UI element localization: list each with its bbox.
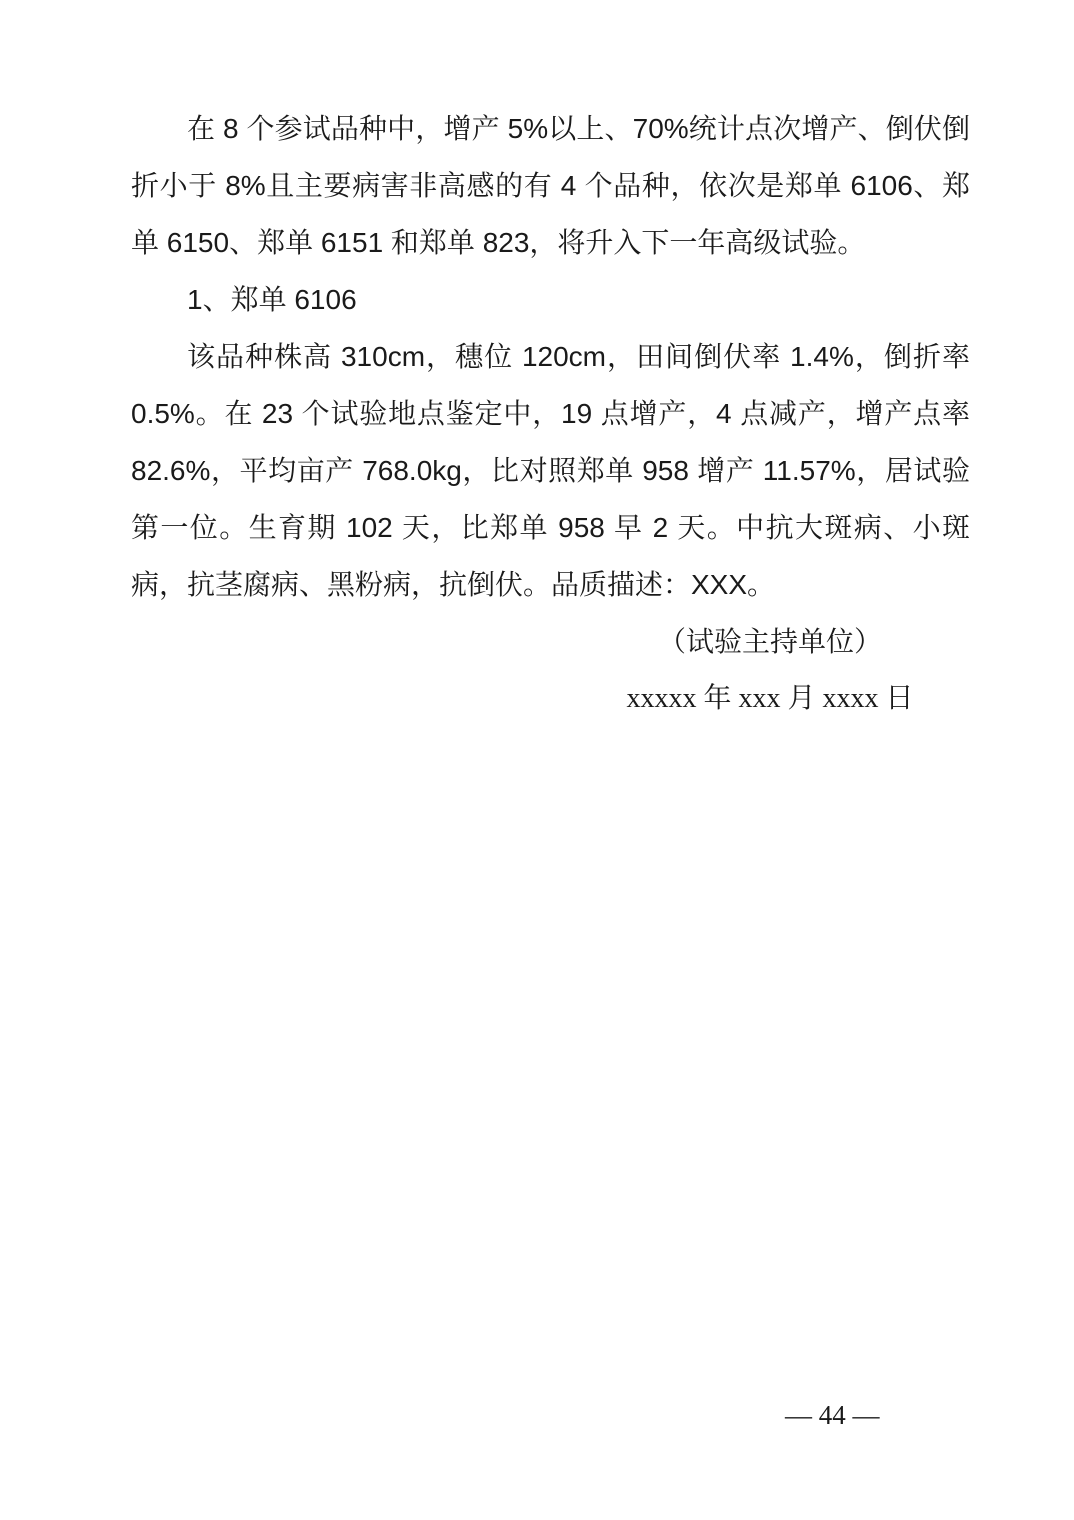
page-footer: — 44 — [785,1398,880,1432]
page-number: — 44 — [785,1400,880,1430]
paragraph-summary: 在 8 个参试品种中，增产 5%以上、70%统计点次增产、倒伏倒折小于 8%且主… [131,100,970,271]
section-heading-zhengdan-6106: 1、郑单 6106 [131,271,970,328]
signature-date: xxxxx 年 xxx 月 xxxx 日 [570,670,970,727]
document-body: 在 8 个参试品种中，增产 5%以上、70%统计点次增产、倒伏倒折小于 8%且主… [0,0,1074,727]
document-page: 在 8 个参试品种中，增产 5%以上、70%统计点次增产、倒伏倒折小于 8%且主… [0,0,1074,1520]
signature-block: （试验主持单位） xxxxx 年 xxx 月 xxxx 日 [570,613,970,727]
signature-unit: （试验主持单位） [570,613,970,670]
paragraph-variety-description: 该品种株高 310cm，穗位 120cm，田间倒伏率 1.4%，倒折率 0.5%… [131,328,970,613]
